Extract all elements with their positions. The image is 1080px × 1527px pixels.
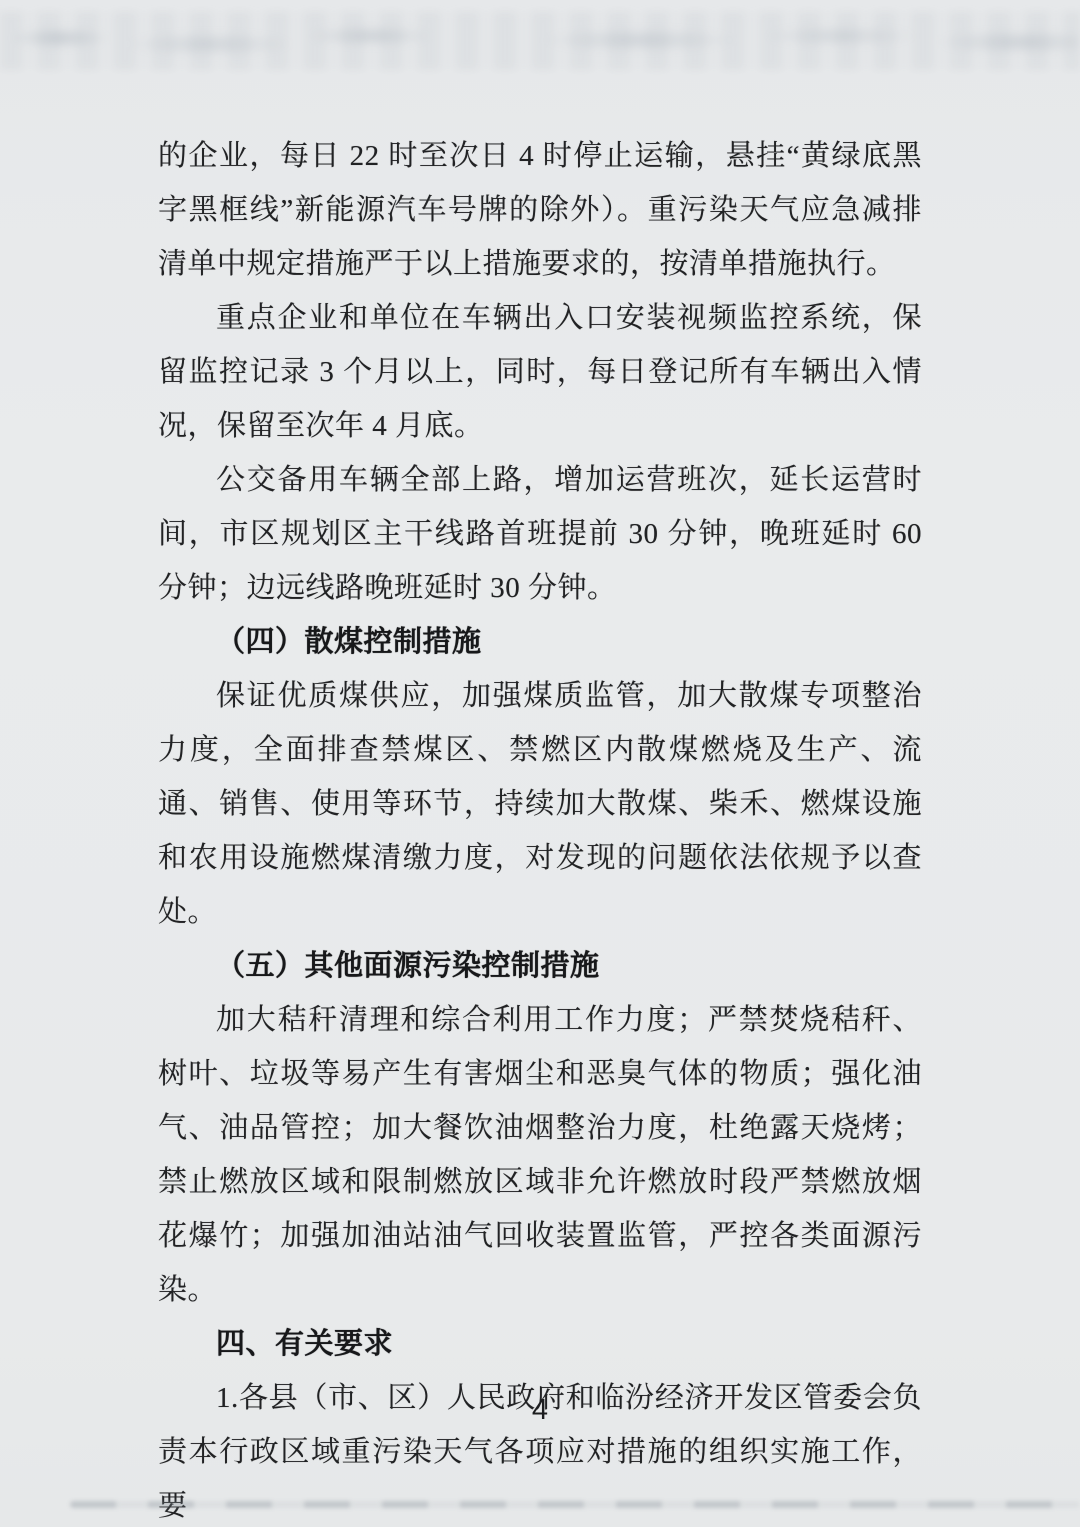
paragraph-coal-quality: 保证优质煤供应，加强煤质监管，加大散煤专项整治力度，全面排查禁煤区、禁燃区内散煤… [158,669,922,939]
scan-bleed-artifact-bottom [70,1501,1080,1508]
page-number: 4 [0,1392,1080,1428]
section-heading-coal-control: （四）散煤控制措施 [158,615,922,669]
section-heading-requirements: 四、有关要求 [158,1317,922,1371]
scanned-document-page: 的企业，每日 22 时至次日 4 时停止运输，悬挂“黄绿底黑字黑框线”新能源汽车… [0,0,1080,1527]
scan-bleed-artifact-top [0,12,1080,70]
paragraph-straw-and-fume-control: 加大秸秆清理和综合利用工作力度；严禁焚烧秸秆、树叶、垃圾等易产生有害烟尘和恶臭气… [158,993,922,1317]
paragraph-bus-service: 公交备用车辆全部上路，增加运营班次，延长运营时间，市区规划区主干线路首班提前 3… [158,453,922,615]
paragraph-transport-restriction: 的企业，每日 22 时至次日 4 时停止运输，悬挂“黄绿底黑字黑框线”新能源汽车… [158,129,922,291]
paragraph-video-monitoring: 重点企业和单位在车辆出入口安装视频监控系统，保留监控记录 3 个月以上，同时，每… [158,291,922,453]
document-body: 的企业，每日 22 时至次日 4 时停止运输，悬挂“黄绿底黑字黑框线”新能源汽车… [158,129,922,1527]
section-heading-other-area-sources: （五）其他面源污染控制措施 [158,939,922,993]
